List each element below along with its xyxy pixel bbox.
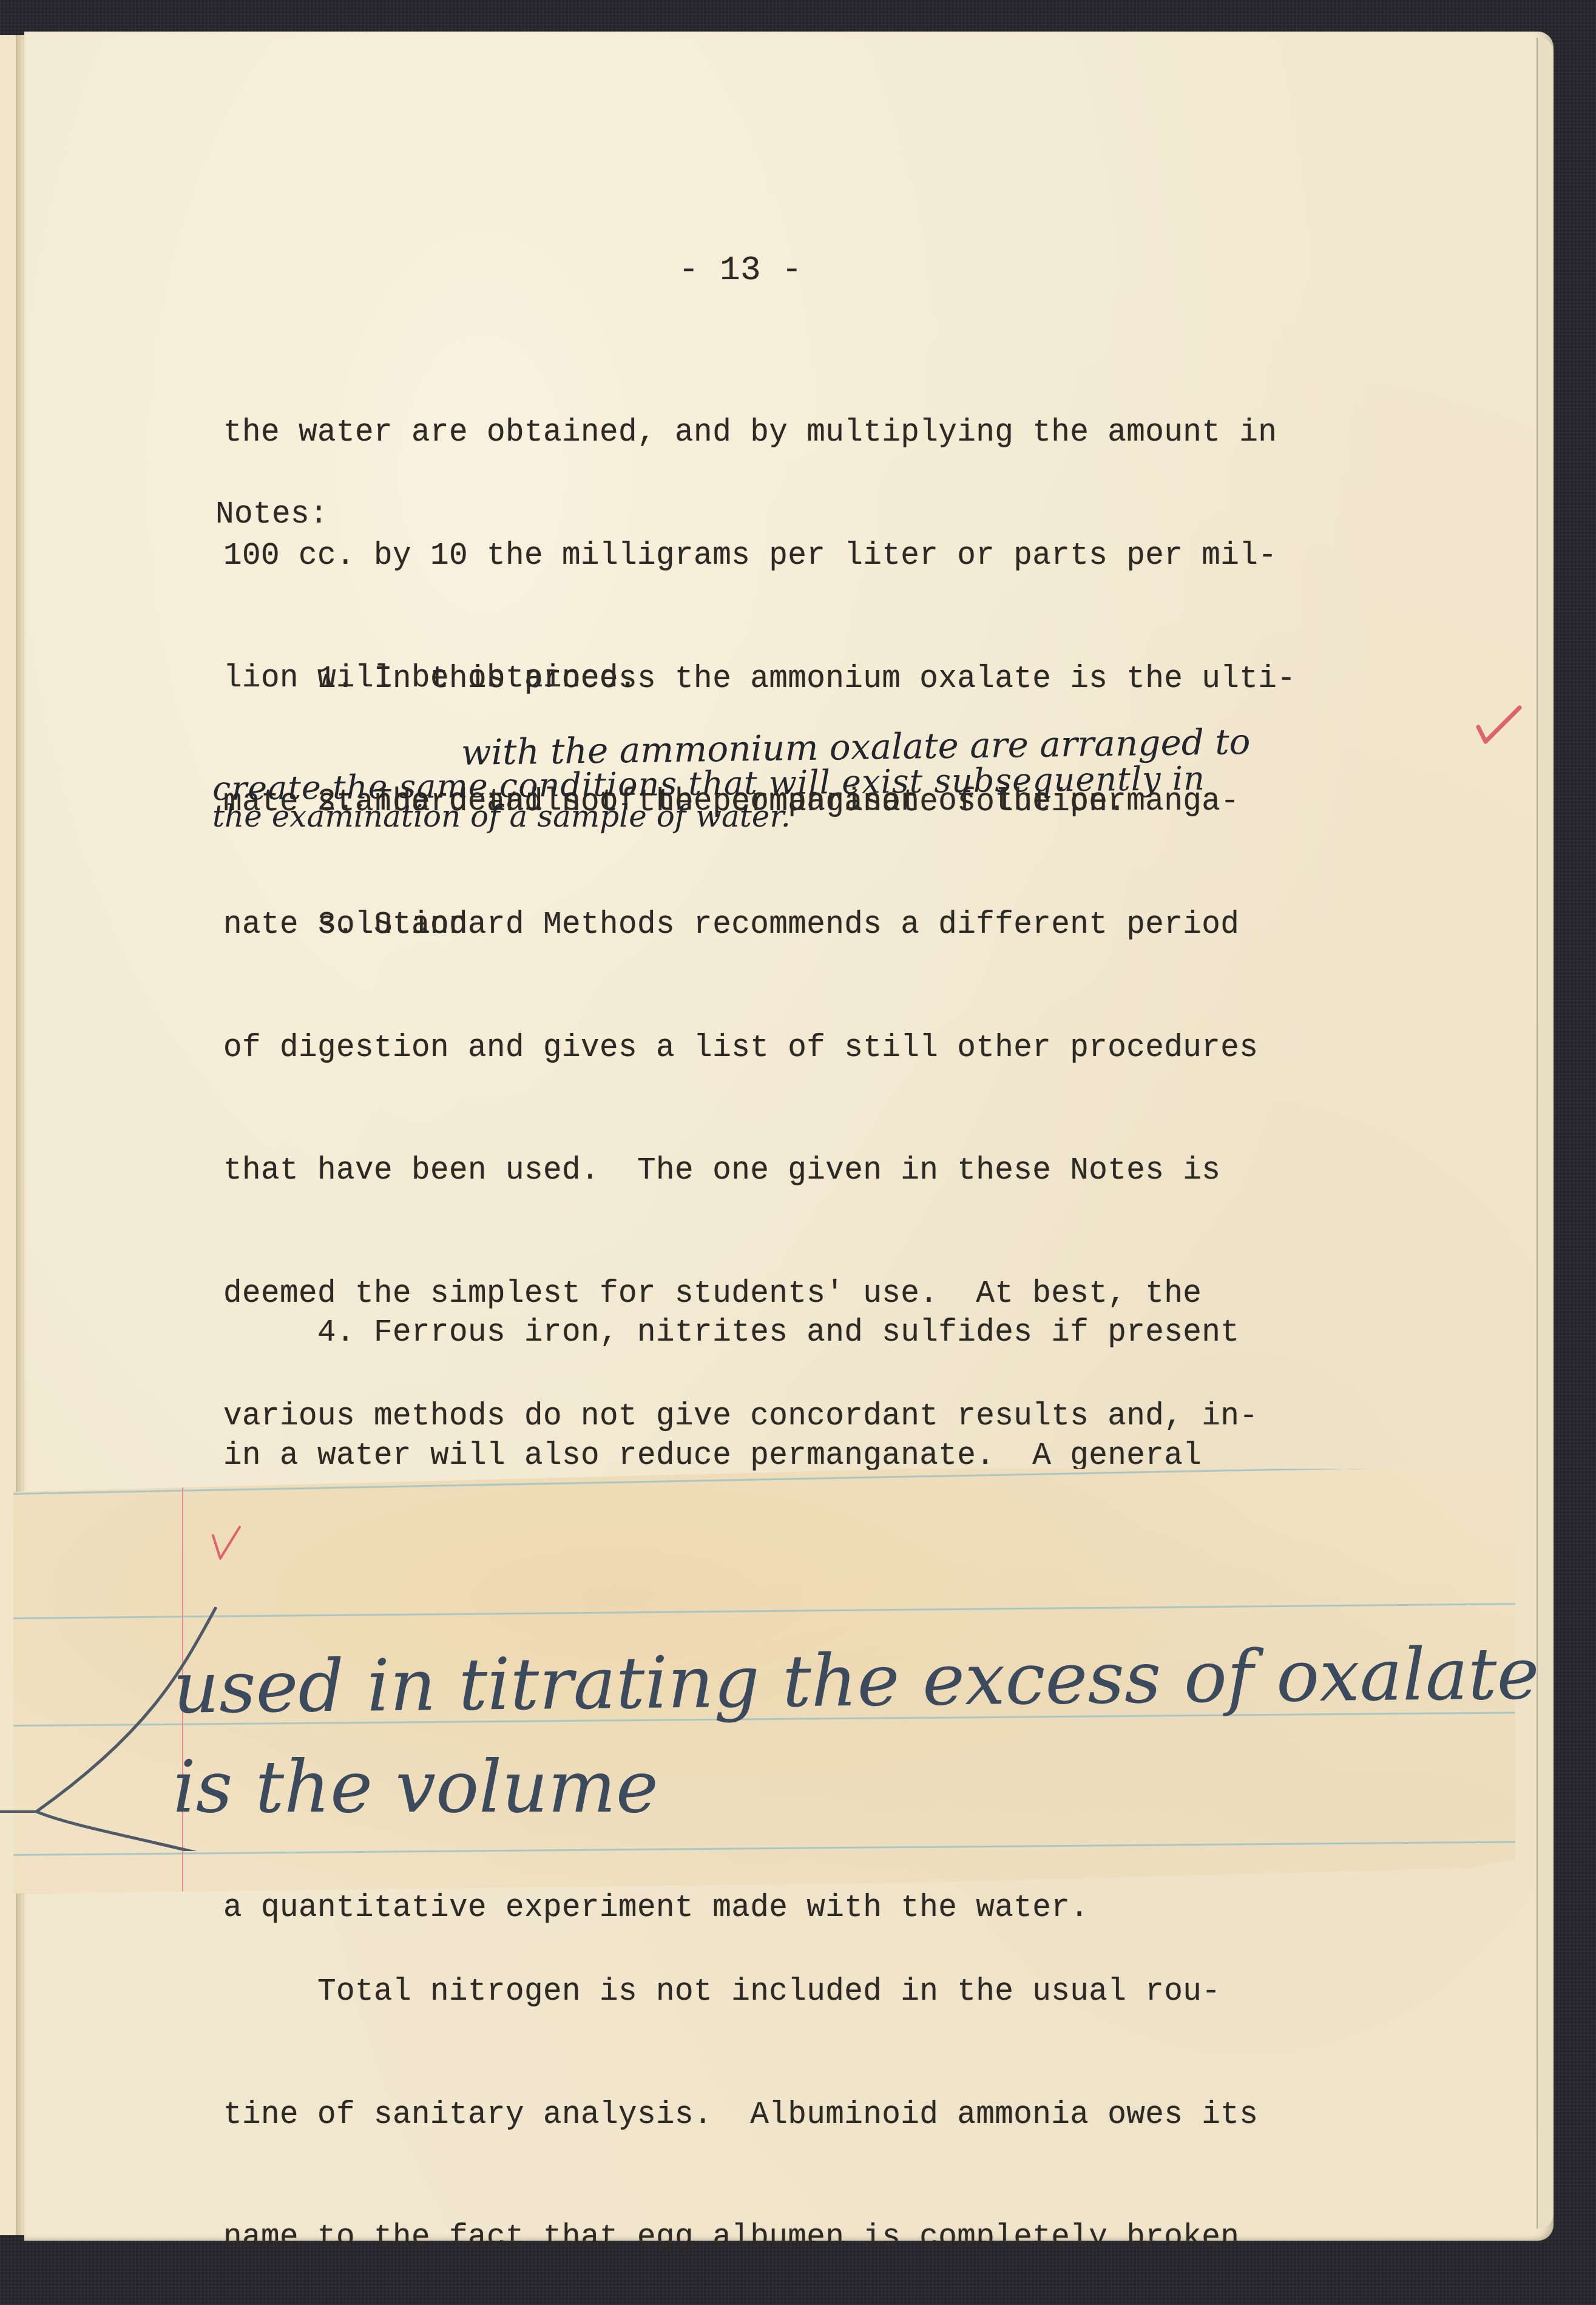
notes-heading: Notes: xyxy=(215,495,328,536)
red-check-mark-slip-icon xyxy=(209,1523,246,1566)
text-line: Total nitrogen is not included in the us… xyxy=(223,1972,1258,2013)
red-check-mark-icon xyxy=(1475,704,1523,746)
text-line: name to the fact that egg albumen is com… xyxy=(223,2218,1258,2259)
closing-paragraph: Total nitrogen is not included in the us… xyxy=(223,1890,1258,2300)
text-line: 3. Standard Methods recommends a differe… xyxy=(223,905,1277,946)
slip-handwriting-line-1: used in titrating the excess of oxalate xyxy=(172,1631,1540,1730)
page-number: - 13 - xyxy=(678,250,802,291)
text-line: that have been used. The one given in th… xyxy=(223,1151,1277,1192)
page-fore-edge xyxy=(1537,38,1554,2229)
text-line: tine of sanitary analysis. Albuminoid am… xyxy=(223,2095,1258,2136)
text-line: 1. In this process the ammonium oxalate … xyxy=(223,659,1296,700)
slip-handwriting-line-2: is the volume xyxy=(173,1745,658,1829)
text-line: of digestion and gives a list of still o… xyxy=(223,1028,1277,1069)
text-line: 4. Ferrous iron, nitrites and sulfides i… xyxy=(223,1313,1258,1354)
text-line: 100 cc. by 10 the milligrams per liter o… xyxy=(223,536,1277,577)
text-line: the water are obtained, and by multiplyi… xyxy=(223,413,1277,454)
